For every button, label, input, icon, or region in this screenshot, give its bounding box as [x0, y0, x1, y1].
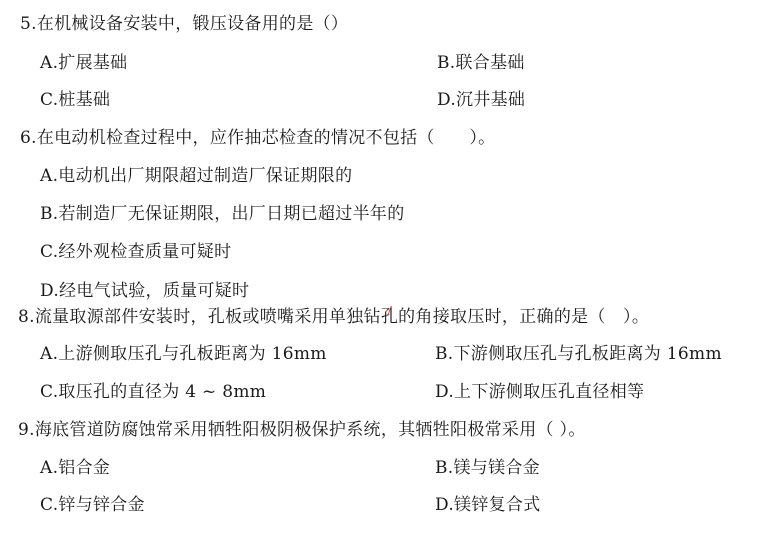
- question-6-option-b: B.若制造厂无保证期限，出厂日期已超过半年的: [40, 203, 405, 225]
- question-9-stem: 9.海底管道防腐蚀常采用牺牲阳极阴极保护系统，其牺牲阳极常采用（ ）。: [18, 419, 586, 441]
- question-9-option-d: D.镁锌复合式: [435, 494, 541, 516]
- question-6-stem: 6.在电动机检查过程中，应作抽芯检查的情况不包括（ ）。: [20, 127, 495, 149]
- question-9-option-c: C.锌与锌合金: [40, 494, 145, 516]
- question-9-option-b: B.镁与镁合金: [435, 457, 540, 479]
- question-5-option-b: B.联合基础: [437, 52, 525, 74]
- question-6-option-a: A.电动机出厂期限超过制造厂保证期限的: [40, 165, 352, 187]
- question-8-option-b: B.下游侧取压孔与孔板距离为 16mm: [435, 343, 722, 365]
- question-6-option-d: D.经电气试验，质量可疑时: [40, 280, 249, 302]
- question-5-option-d: D.沉井基础: [437, 89, 525, 111]
- question-6-option-c: C.经外观检查质量可疑时: [40, 241, 231, 263]
- question-5-stem: 5.在机械设备安装中，锻压设备用的是（）: [20, 13, 348, 35]
- question-8-option-a: A.上游侧取压孔与孔板距离为 16mm: [40, 343, 327, 365]
- question-8-stem: 8.流量取源部件安装时，孔板或喷嘴采用单独钻孔的角接取压时，正确的是（ ）。: [18, 306, 649, 328]
- question-8-option-c: C.取压孔的直径为 4 ~ 8mm: [40, 381, 266, 403]
- question-5-option-a: A.扩展基础: [40, 52, 127, 74]
- question-9-option-a: A.铝合金: [40, 457, 110, 479]
- question-8-option-d: D.上下游侧取压孔直径相等: [435, 381, 644, 403]
- question-5-option-c: C.桩基础: [40, 89, 110, 111]
